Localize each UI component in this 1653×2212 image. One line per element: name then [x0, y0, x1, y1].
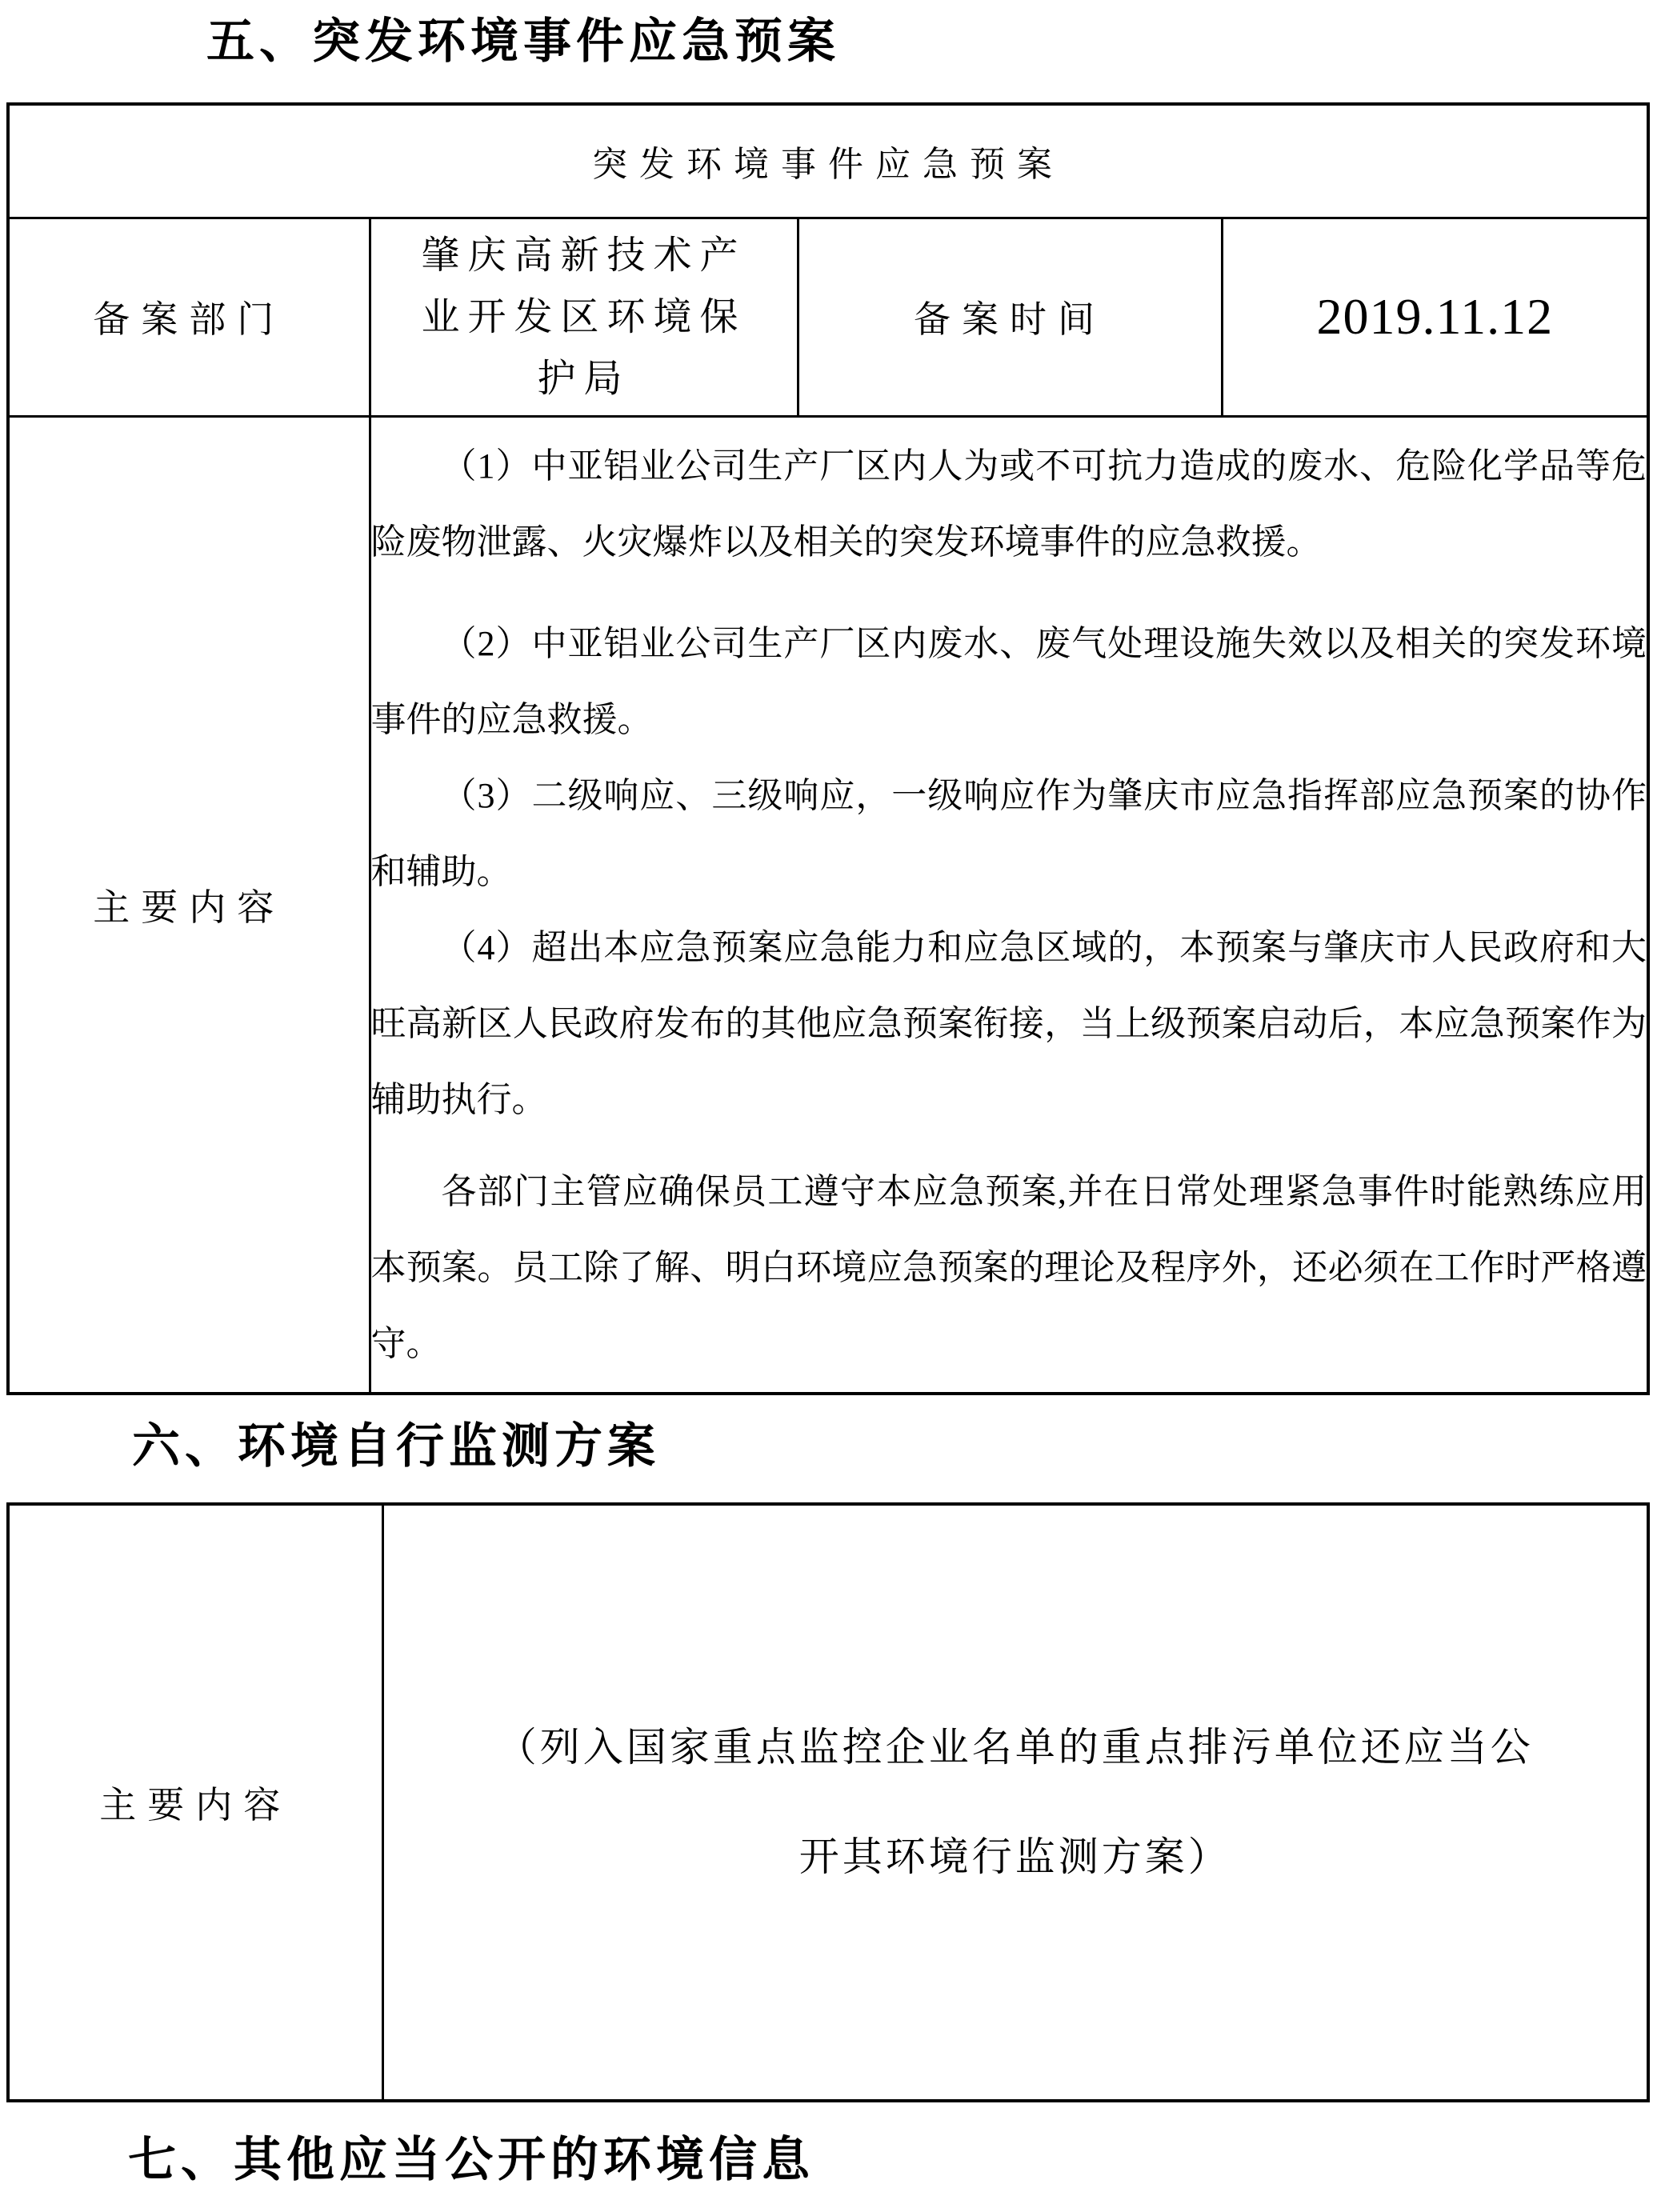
- paragraph-4: （4）超出本应急预案应急能力和应急区域的，本预案与肇庆市人民政府和大旺高新区人民…: [371, 910, 1647, 1138]
- emergency-plan-table: 突发环境事件应急预案 备案部门 肇庆高新技术产 业开发区环境保 护局 备案时间 …: [6, 102, 1650, 1395]
- section7-heading: 七、其他应当公开的环境信息: [128, 2128, 814, 2192]
- paragraph-5: 各部门主管应确保员工遵守本应急预案,并在日常处理紧急事件时能熟练应用本预案。员工…: [371, 1154, 1647, 1382]
- paragraph-2: （2）中亚铝业公司生产厂区内废水、废气处理设施失效以及相关的突发环境事件的应急救…: [371, 606, 1647, 758]
- filing-department-label: 备案部门: [8, 218, 370, 416]
- section5-heading: 五、突发环境事件应急预案: [206, 10, 840, 74]
- section6-heading: 六、环境自行监测方案: [132, 1414, 660, 1478]
- paragraph-3: （3）二级响应、三级响应，一级响应作为肇庆市应急指挥部应急预案的协作和辅助。: [371, 758, 1647, 910]
- main-content-label: 主要内容: [8, 416, 370, 1394]
- table-row: 突发环境事件应急预案: [8, 104, 1648, 218]
- paragraph-1: （1）中亚铝业公司生产厂区内人为或不可抗力造成的废水、危险化学品等危险废物泄露、…: [371, 428, 1647, 580]
- table-row: 主要内容 （1）中亚铝业公司生产厂区内人为或不可抗力造成的废水、危险化学品等危险…: [8, 416, 1648, 1394]
- main-content-label: 主要内容: [8, 1504, 382, 2101]
- filing-time-value: 2019.11.12: [1222, 218, 1648, 416]
- filing-time-label: 备案时间: [798, 218, 1222, 416]
- table-header-cell: 突发环境事件应急预案: [8, 104, 1648, 218]
- document-page: 五、突发环境事件应急预案 突发环境事件应急预案 备案部门 肇庆高新技术产 业开发…: [0, 0, 1653, 2212]
- table-row: 主要内容 （列入国家重点监控企业名单的重点排污单位还应当公 开其环境行监测方案）: [8, 1504, 1648, 2101]
- main-content-cell: （1）中亚铝业公司生产厂区内人为或不可抗力造成的废水、危险化学品等危险废物泄露、…: [370, 416, 1648, 1394]
- filing-department-value: 肇庆高新技术产 业开发区环境保 护局: [370, 218, 798, 416]
- monitoring-content-cell: （列入国家重点监控企业名单的重点排污单位还应当公 开其环境行监测方案）: [382, 1504, 1648, 2101]
- self-monitoring-table: 主要内容 （列入国家重点监控企业名单的重点排污单位还应当公 开其环境行监测方案）: [6, 1502, 1650, 2102]
- table-row: 备案部门 肇庆高新技术产 业开发区环境保 护局 备案时间 2019.11.12: [8, 218, 1648, 416]
